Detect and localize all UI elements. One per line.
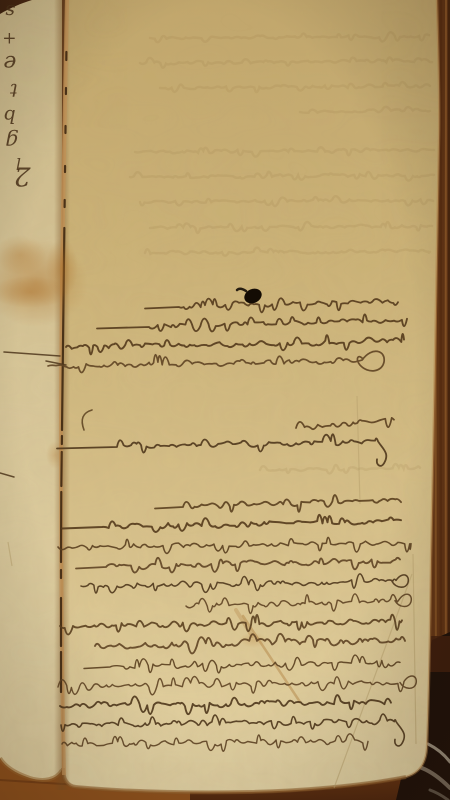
manuscript-photo-svg: Photograph of an aged early-modern manus…	[0, 0, 450, 800]
manuscript-photo: Photograph of an aged early-modern manus…	[0, 0, 450, 800]
vignette	[0, 0, 450, 800]
